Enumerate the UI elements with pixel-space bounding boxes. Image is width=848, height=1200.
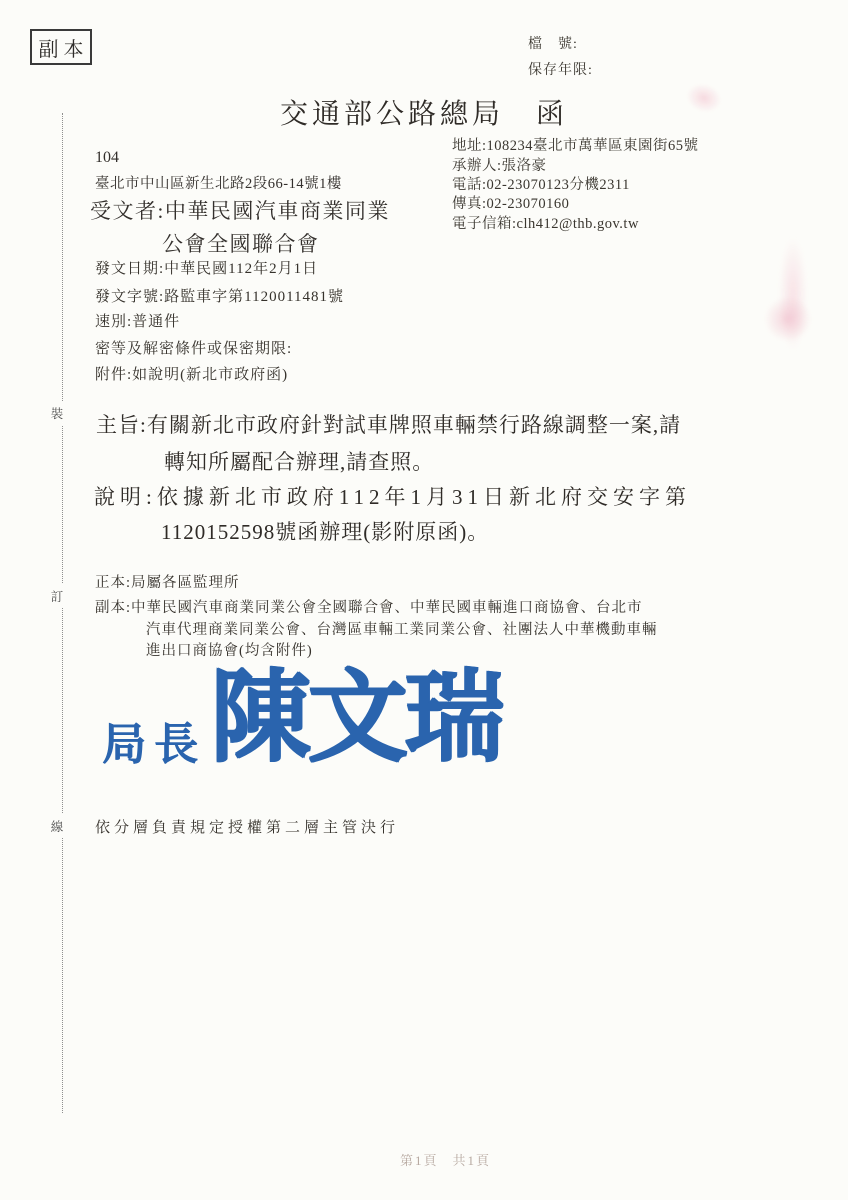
issue-date: 發文日期:中華民國112年2月1日 [95, 257, 318, 278]
binding-dotted-line [62, 113, 63, 1113]
page-footer: 第1頁共1頁 [400, 1150, 505, 1169]
recipient-address: 臺北市中山區新生北路2段66-14號1樓 [95, 172, 342, 193]
document-title: 交通部公路總局 函 [0, 92, 848, 132]
recipient-postal-code: 104 [95, 149, 119, 167]
attachment-note: 附件:如說明(新北市政府函) [95, 363, 288, 384]
distribution-copy-line2: 汽車代理商業同業公會、台灣區車輛工業同業公會、社團法人中華機動車輛 [146, 618, 658, 639]
total-pages: 共1頁 [453, 1153, 492, 1168]
copy-stamp-box: 副本 [30, 29, 92, 65]
subject-line2: 轉知所屬配合辦理,請查照。 [164, 446, 434, 476]
sender-officer: 承辦人:張洛豪 [452, 154, 547, 175]
authorization-note: 依分層負責規定授權第二層主管決行 [95, 816, 399, 837]
explanation-line1: 說明:依據新北市政府112年1月31日新北府交安字第 [94, 481, 691, 511]
retention-period-label: 保存年限: [528, 59, 593, 79]
distribution-original: 正本:局屬各區監理所 [95, 571, 240, 592]
priority-level: 速別:普通件 [95, 310, 180, 331]
distribution-copy-line1: 副本:中華民國汽車商業同業公會全國聯合會、中華民國車輛進口商協會、台北市 [95, 596, 643, 617]
page-number: 第1頁 [400, 1153, 439, 1168]
sender-fax: 傳真:02-23070160 [452, 192, 569, 213]
sender-address: 地址:108234臺北市萬華區東園街65號 [452, 134, 699, 155]
distribution-copy-line3: 進出口商協會(均含附件) [146, 639, 313, 660]
security-classification: 密等及解密條件或保密期限: [95, 337, 292, 358]
recipient-name-line1: 受文者:中華民國汽車商業同業 [90, 195, 390, 225]
binding-mark-zhuang: 裝 [46, 401, 68, 425]
sender-email: 電子信箱:clh412@thb.gov.tw [452, 212, 639, 233]
recipient-name-line2: 公會全國聯合會 [162, 228, 320, 258]
binding-mark-xian: 線 [46, 814, 68, 838]
explanation-line2: 1120152598號函辦理(影附原函)。 [161, 516, 489, 546]
subject-line1: 主旨:有關新北市政府針對試車牌照車輛禁行路線調整一案,請 [96, 409, 681, 439]
scan-artifact-smudge [779, 238, 807, 350]
scanned-official-letter: 副本 檔 號: 保存年限: 交通部公路總局 函 地址:108234臺北市萬華區東… [0, 0, 848, 1200]
binding-mark-ding: 訂 [46, 584, 68, 608]
document-number: 發文字號:路監車字第1120011481號 [95, 285, 344, 306]
sender-phone: 電話:02-23070123分機2311 [452, 173, 630, 194]
signer-signature: 陳文瑞 [210, 658, 501, 778]
copy-stamp-label: 副本 [34, 33, 89, 62]
scan-artifact-smudge [764, 296, 812, 342]
signer-title: 局長 [102, 708, 206, 772]
file-number-label: 檔 號: [528, 33, 578, 53]
